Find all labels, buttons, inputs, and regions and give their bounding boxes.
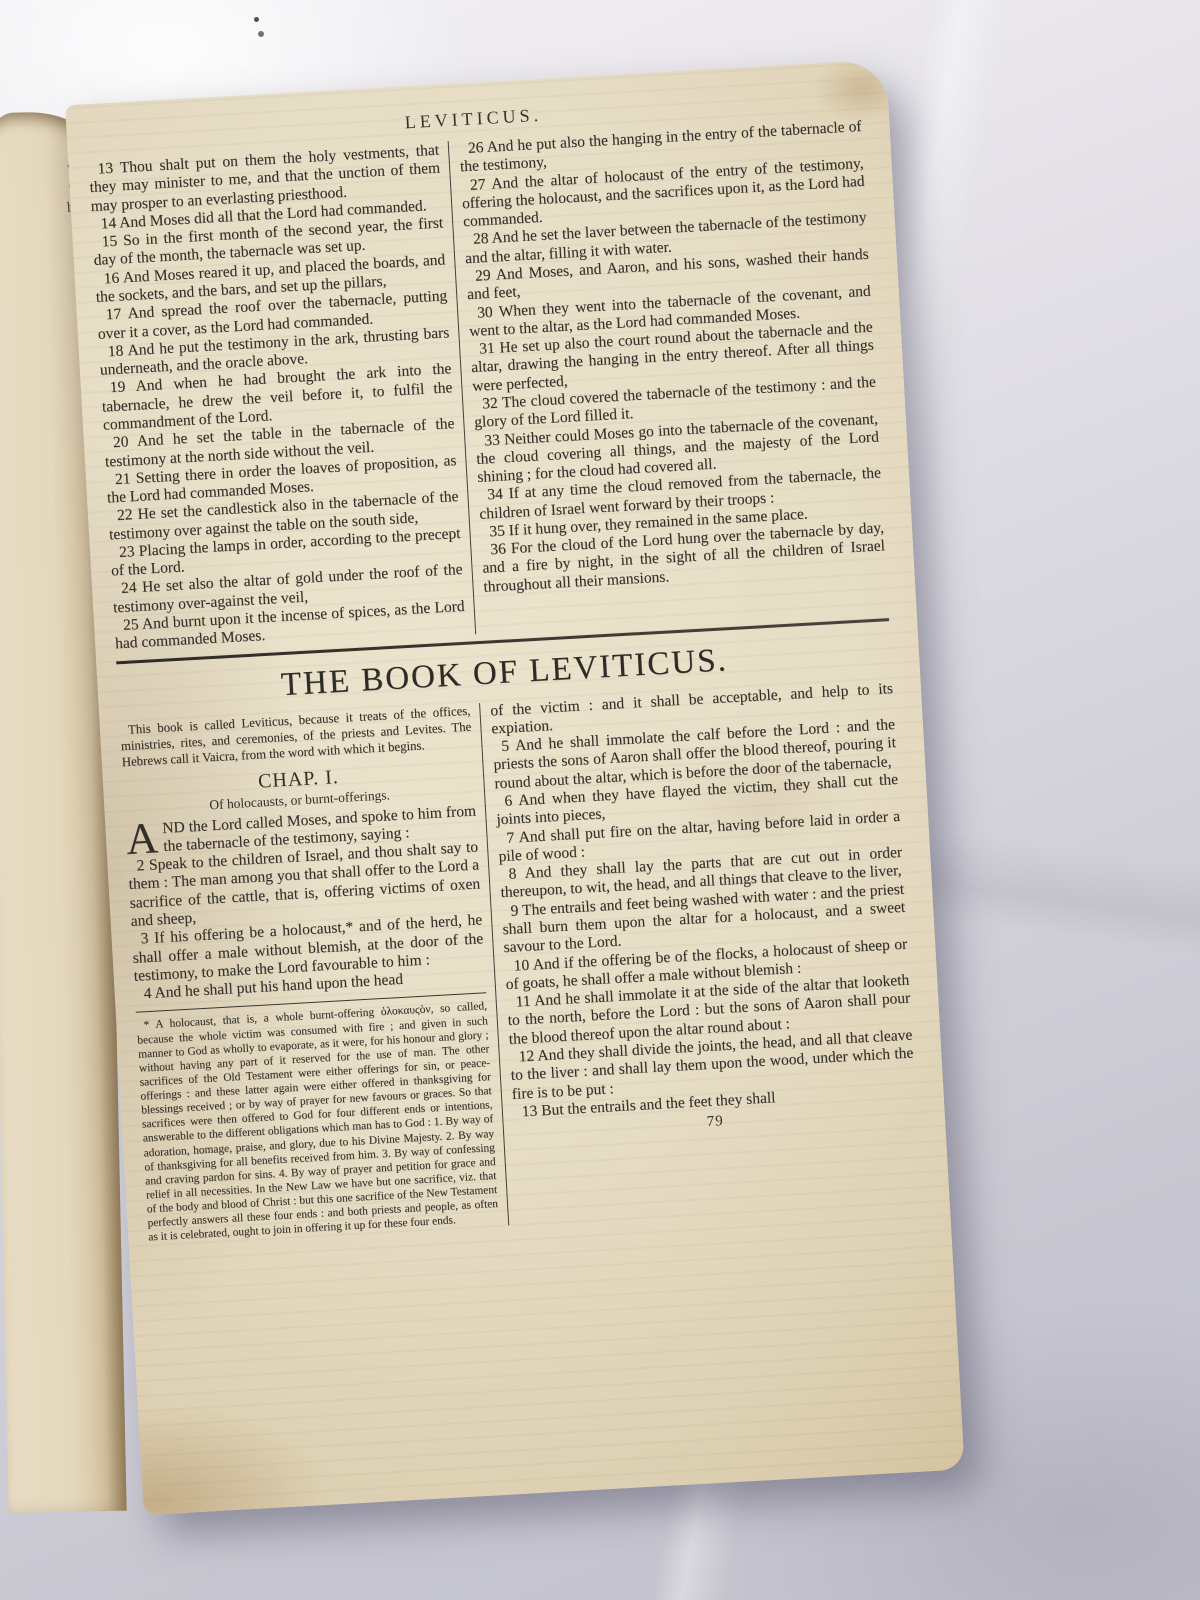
leviticus-right-column: of the victim : and it shall be acceptab…	[479, 680, 922, 1225]
book-page: LEVITICUS. 13 Thou shalt put on them the…	[65, 59, 965, 1515]
photo-background: and ed : hich the the ets ; and pi- and …	[0, 0, 1200, 1600]
leviticus-section: This book is called Leviticus, because i…	[120, 680, 922, 1245]
exodus-section: 13 Thou shalt put on them the holy vestm…	[88, 118, 888, 654]
exodus-right-column: 26 And he put also the hanging in the en…	[448, 118, 889, 634]
fabric-speck	[258, 31, 264, 37]
footnote: * A holocaust, that is, a whole burnt-of…	[136, 993, 499, 1245]
fabric-speck	[254, 17, 259, 22]
leviticus-left-column: This book is called Leviticus, because i…	[120, 703, 509, 1245]
drop-cap-initial: A	[125, 820, 164, 856]
exodus-left-column: 13 Thou shalt put on them the holy vestm…	[88, 141, 475, 654]
